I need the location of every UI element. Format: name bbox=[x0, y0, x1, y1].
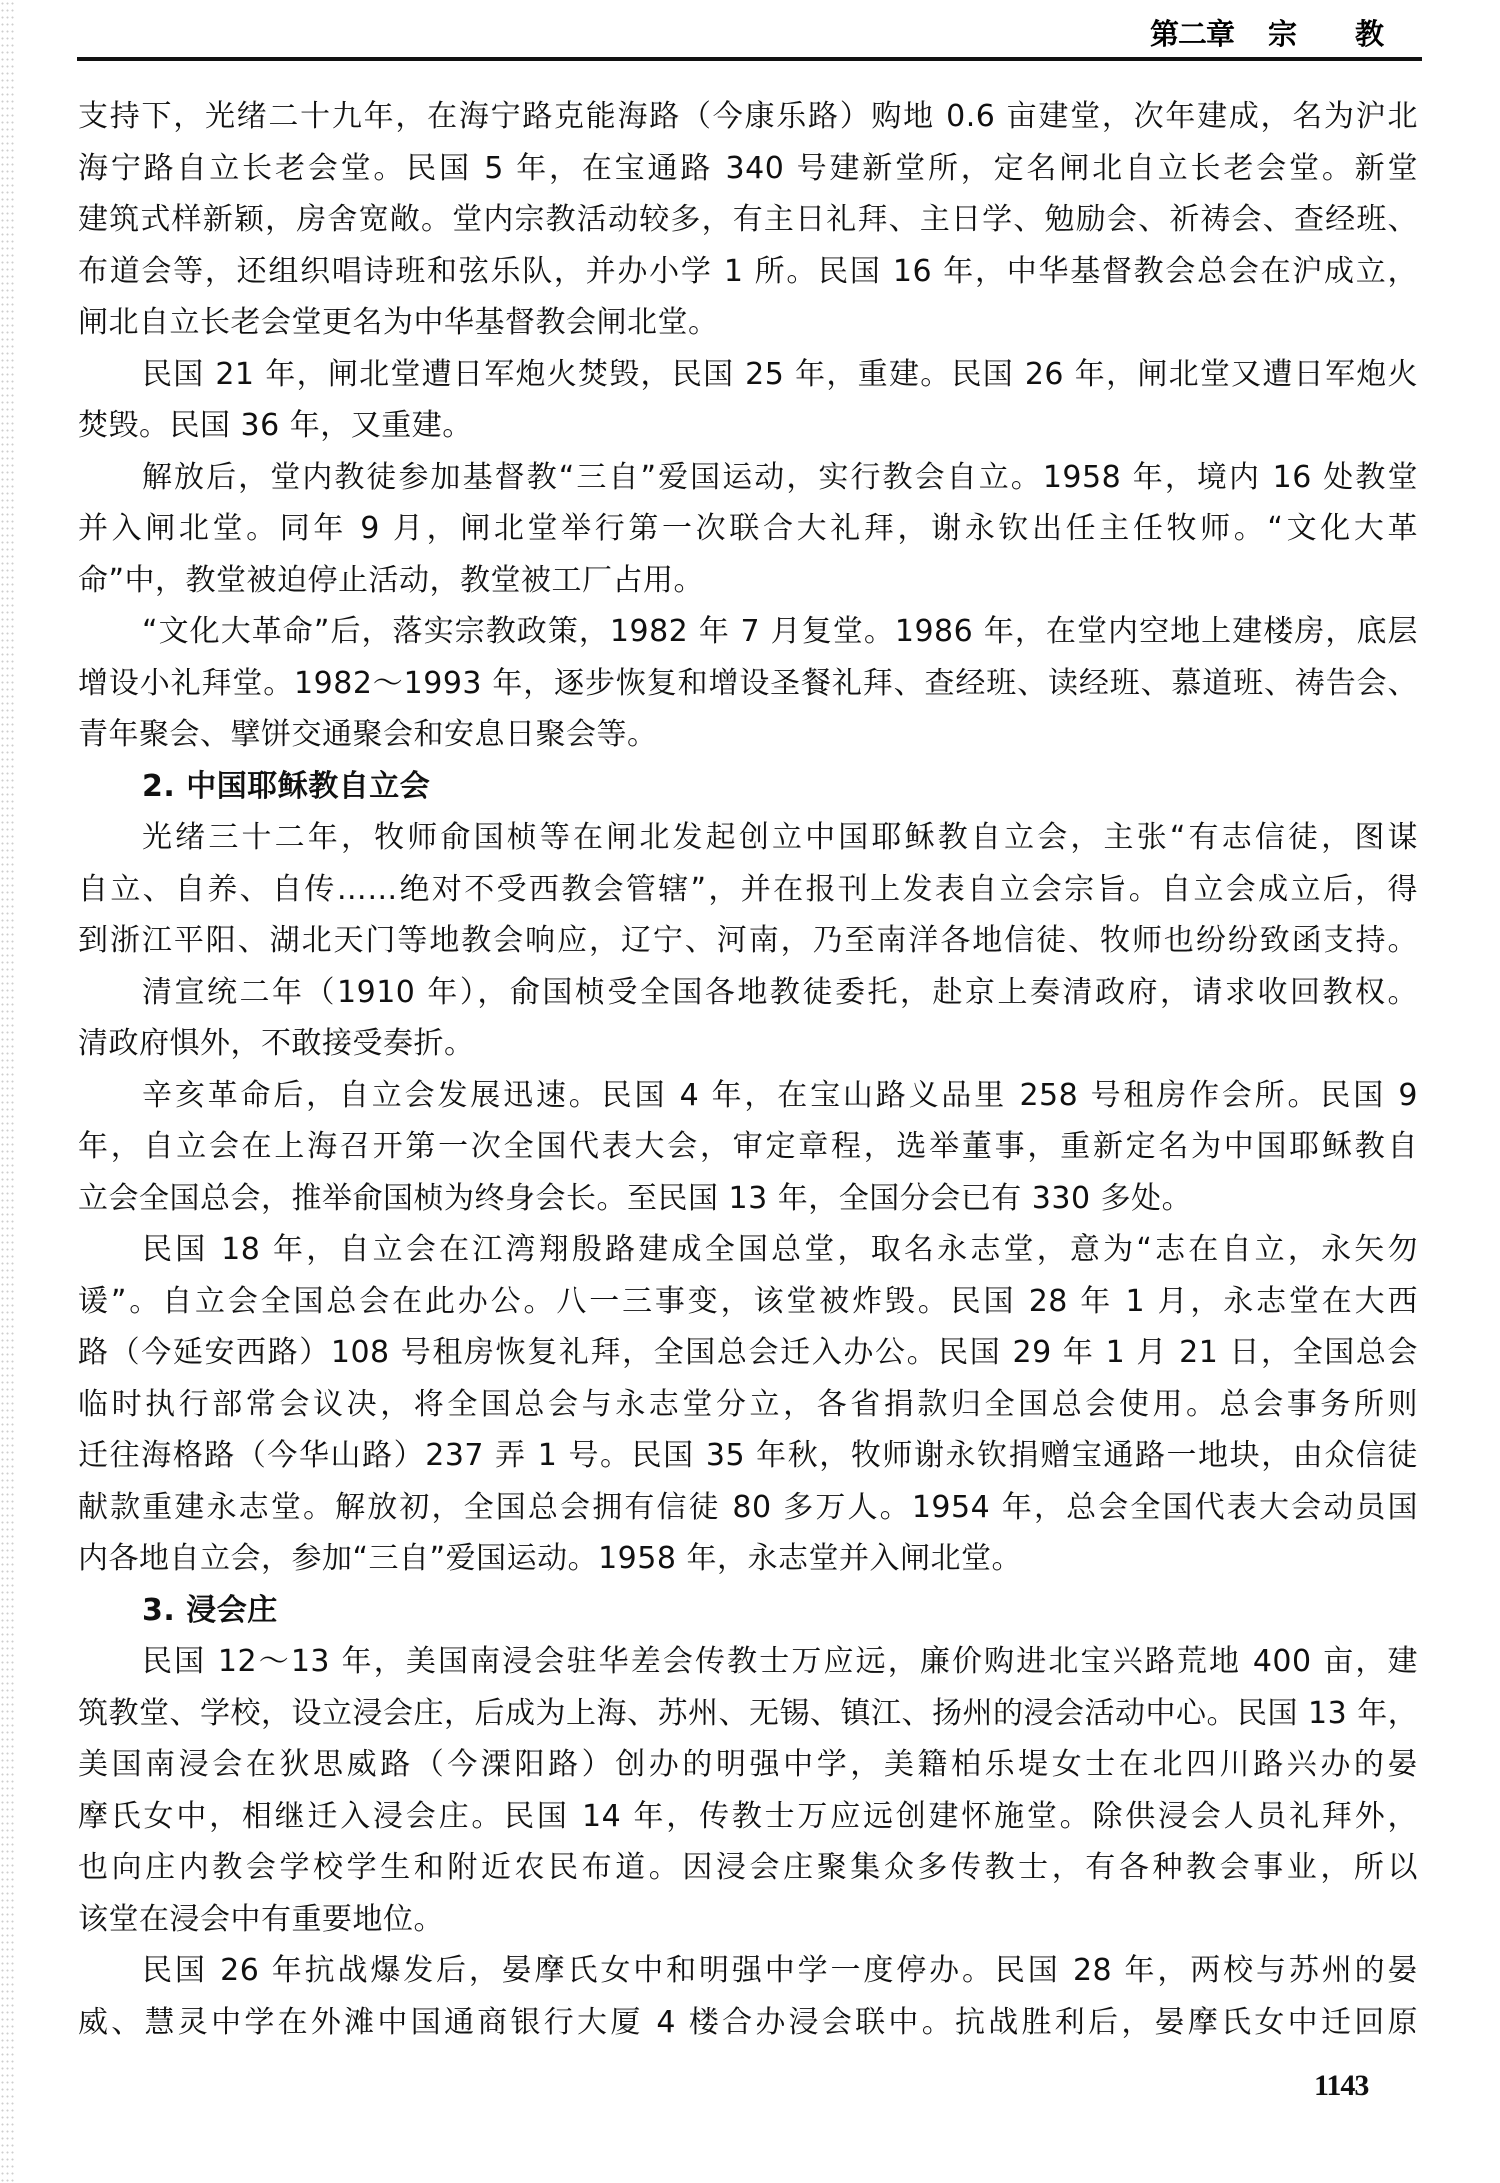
paragraph-first-line: 民国 12～13 年，美国南浸会驻华差会传教士万应远，廉价购进北宝兴路荒地 40… bbox=[142, 1642, 1418, 1682]
text-line: 自立、自养、自传……绝对不受西教会管辖”，并在报刊上发表自立会宗旨。自立会成立后… bbox=[78, 870, 1418, 910]
paragraph-last-line: 命”中，教堂被迫停止活动，教堂被工厂占用。 bbox=[78, 561, 1418, 601]
scan-edge-speckle bbox=[0, 0, 14, 2183]
text-line: 建筑式样新颖，房舍宽敞。堂内宗教活动较多，有主日礼拜、主日学、勉励会、祈祷会、查… bbox=[78, 200, 1418, 240]
text-line: 支持下，光绪二十九年，在海宁路克能海路（今康乐路）购地 0.6 亩建堂，次年建成… bbox=[78, 97, 1418, 137]
text-line: 并入闸北堂。同年 9 月，闸北堂举行第一次联合大礼拜，谢永钦出任主任牧师。“文化… bbox=[78, 509, 1418, 549]
text-line: 年，自立会在上海召开第一次全国代表大会，审定章程，选举董事，重新定名为中国耶稣教… bbox=[78, 1127, 1418, 1167]
header-rule bbox=[77, 57, 1422, 61]
paragraph-last-line: 焚毁。民国 36 年，又重建。 bbox=[78, 406, 1418, 446]
paragraph-last-line: 立会全国总会，推举俞国桢为终身会长。至民国 13 年，全国分会已有 330 多处… bbox=[78, 1179, 1418, 1219]
page-number: 1143 bbox=[1314, 2070, 1368, 2102]
paragraph-first-line: 辛亥革命后，自立会发展迅速。民国 4 年，在宝山路义品里 258 号租房作会所。… bbox=[142, 1076, 1418, 1116]
text-line: 增设小礼拜堂。1982～1993 年，逐步恢复和增设圣餐礼拜、查经班、读经班、慕… bbox=[78, 664, 1418, 704]
text-line: 布道会等，还组织唱诗班和弦乐队，并办小学 1 所。民国 16 年，中华基督教会总… bbox=[78, 252, 1418, 292]
chapter-title-part-1: 宗 bbox=[1268, 14, 1297, 54]
text-line: 美国南浸会在狄思威路（今溧阳路）创办的明强中学，美籍柏乐堤女士在北四川路兴办的晏 bbox=[78, 1745, 1418, 1785]
text-line: 摩氏女中，相继迁入浸会庄。民国 14 年，传教士万应远创建怀施堂。除供浸会人员礼… bbox=[78, 1797, 1418, 1837]
text-line: 威、慧灵中学在外滩中国通商银行大厦 4 楼合办浸会联中。抗战胜利后，晏摩氏女中迁… bbox=[78, 2003, 1418, 2043]
paragraph-last-line: 清政府惧外，不敢接受奏折。 bbox=[78, 1024, 1418, 1064]
paragraph-first-line: “文化大革命”后，落实宗教政策，1982 年 7 月复堂。1986 年，在堂内空… bbox=[142, 612, 1418, 652]
section-heading: 2. 中国耶稣教自立会 bbox=[142, 767, 430, 807]
paragraph-first-line: 民国 21 年，闸北堂遭日军炮火焚毁，民国 25 年，重建。民国 26 年，闸北… bbox=[142, 355, 1418, 395]
paragraph-last-line: 该堂在浸会中有重要地位。 bbox=[78, 1900, 1418, 1940]
text-line: 谖”。自立会全国总会在此办公。八一三事变，该堂被炸毁。民国 28 年 1 月，永… bbox=[78, 1282, 1418, 1322]
chapter-label: 第二章 bbox=[1150, 14, 1234, 54]
text-line: 筑教堂、学校，设立浸会庄，后成为上海、苏州、无锡、镇江、扬州的浸会活动中心。民国… bbox=[78, 1694, 1418, 1734]
text-line: 迁往海格路（今华山路）237 弄 1 号。民国 35 年秋，牧师谢永钦捐赠宝通路… bbox=[78, 1436, 1418, 1476]
section-heading: 3. 浸会庄 bbox=[142, 1591, 278, 1631]
text-line: 也向庄内教会学校学生和附近农民布道。因浸会庄聚集众多传教士，有各种教会事业，所以 bbox=[78, 1848, 1418, 1888]
chapter-title-part-2: 教 bbox=[1355, 14, 1384, 54]
paragraph-first-line: 民国 26 年抗战爆发后，晏摩氏女中和明强中学一度停办。民国 28 年，两校与苏… bbox=[142, 1951, 1418, 1991]
text-line: 路（今延安西路）108 号租房恢复礼拜，全国总会迁入办公。民国 29 年 1 月… bbox=[78, 1333, 1418, 1373]
paragraph-last-line: 内各地自立会，参加“三自”爱国运动。1958 年，永志堂并入闸北堂。 bbox=[78, 1539, 1418, 1579]
paragraph-last-line: 闸北自立长老会堂更名为中华基督教会闸北堂。 bbox=[78, 303, 1418, 343]
paragraph-last-line: 青年聚会、擘饼交通聚会和安息日聚会等。 bbox=[78, 715, 1418, 755]
text-line: 海宁路自立长老会堂。民国 5 年，在宝通路 340 号建新堂所，定名闸北自立长老… bbox=[78, 149, 1418, 189]
text-line: 到浙江平阳、湖北天门等地教会响应，辽宁、河南，乃至南洋各地信徒、牧师也纷纷致函支… bbox=[78, 921, 1418, 961]
paragraph-first-line: 光绪三十二年，牧师俞国桢等在闸北发起创立中国耶稣教自立会，主张“有志信徒，图谋 bbox=[142, 818, 1418, 858]
paragraph-first-line: 民国 18 年，自立会在江湾翔殷路建成全国总堂，取名永志堂，意为“志在自立，永矢… bbox=[142, 1230, 1418, 1270]
running-head: 第二章 宗 教 bbox=[1150, 14, 1400, 54]
text-line: 献款重建永志堂。解放初，全国总会拥有信徒 80 多万人。1954 年，总会全国代… bbox=[78, 1488, 1418, 1528]
text-line: 临时执行部常会议决，将全国总会与永志堂分立，各省捐款归全国总会使用。总会事务所则 bbox=[78, 1385, 1418, 1425]
paragraph-first-line: 清宣统二年（1910 年），俞国桢受全国各地教徒委托，赴京上奏清政府，请求收回教… bbox=[142, 973, 1418, 1013]
paragraph-first-line: 解放后，堂内教徒参加基督教“三自”爱国运动，实行教会自立。1958 年，境内 1… bbox=[142, 458, 1418, 498]
